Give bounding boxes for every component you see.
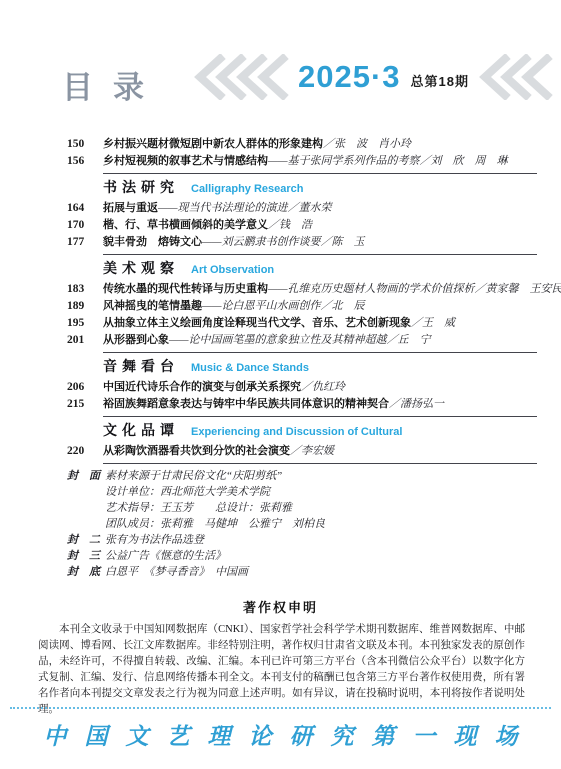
toc-entry: 183 传统水墨的现代性转译与历史重构——孔维克历史题材人物画的学术价值探析／黄… (67, 281, 537, 297)
cover-note-row: 团队成员：张莉雅 马健坤 公雅宁 刘柏良 (67, 517, 537, 532)
entry-authors: ／丘 宁 (387, 334, 431, 346)
toc-entry: 170 楷、行、草书横画倾斜的美学意义／钱 浩 (67, 217, 537, 233)
entry-title-main: 裕固族舞蹈意象表达与铸牢中华民族共同体意识的精神契合 (103, 398, 389, 410)
cover-text: 白恩平 《梦寻香音》 中国画 (105, 565, 537, 580)
entry-authors: ／潘扬弘一 (389, 398, 444, 410)
cover-label (67, 501, 105, 516)
copyright-title: 著作权申明 (0, 597, 561, 616)
page-number: 201 (67, 332, 103, 348)
chevron-right-decoration-icon (477, 54, 557, 100)
section-title-en: Art Observation (191, 262, 274, 278)
entry-title: 风神摇曳的笔情墨趣——论白恩平山水画创作／北 辰 (103, 298, 537, 314)
page-number: 150 (67, 136, 103, 152)
cover-text: 公益广告《惬意的生活》 (105, 549, 537, 564)
entry-title-main: 从形器到心象 (103, 334, 169, 346)
page-title: 目录 (62, 62, 164, 107)
toc-entry: 206 中国近代诗乐合作的演变与创承关系探究／仇红玲 (67, 379, 537, 395)
copyright-body: 本刊全文收录于中国知网数据库（CNKI）、国家哲学社会科学学术期刊数据库、维普网… (38, 622, 525, 718)
entry-title-main: 从彩陶饮酒器看共饮到分饮的社会演变 (103, 445, 290, 457)
page-number: 220 (67, 443, 103, 459)
page-number: 177 (67, 234, 103, 250)
cover-note-row: 封 二 张有为书法作品选登 (67, 533, 537, 548)
page-number: 189 (67, 298, 103, 314)
entry-title-main: 貌丰骨劲 熔铸文心 (103, 236, 202, 248)
toc-entry: 195 从抽象立体主义绘画角度诠释现当代文学、音乐、艺术创新现象／王 威 (67, 315, 537, 331)
cover-label (67, 517, 105, 532)
cover-note-row: 设计单位：西北师范大学美术学院 (67, 485, 537, 500)
entry-authors: ／陈 玉 (321, 236, 365, 248)
entry-subtitle: ——论白恩平山水画创作 (202, 300, 321, 312)
section-header-culture: 文化品谭 Experiencing and Discussion of Cult… (103, 422, 537, 440)
entry-title: 从彩陶饮酒器看共饮到分饮的社会演变／李宏媛 (103, 443, 537, 459)
cover-text: 艺术指导：王玉芳 总设计：张莉雅 (105, 501, 537, 516)
page-number: 164 (67, 200, 103, 216)
entry-title: 从抽象立体主义绘画角度诠释现当代文学、音乐、艺术创新现象／王 威 (103, 315, 537, 331)
section-header-calligraphy: 书法研究 Calligraphy Research (103, 179, 537, 197)
entry-title: 中国近代诗乐合作的演变与创承关系探究／仇红玲 (103, 379, 537, 395)
entry-authors: ／北 辰 (321, 300, 365, 312)
page-number: 170 (67, 217, 103, 233)
section-header-art: 美术观察 Art Observation (103, 260, 537, 278)
entry-subtitle: ——基于张同学系列作品的考察 (268, 155, 420, 167)
section-divider (103, 416, 537, 417)
entry-title: 裕固族舞蹈意象表达与铸牢中华民族共同体意识的精神契合／潘扬弘一 (103, 396, 537, 412)
toc-entry: 156 乡村短视频的叙事艺术与情感结构——基于张同学系列作品的考察／刘 欣 周 … (67, 153, 537, 169)
cover-label (67, 485, 105, 500)
issue-label: 总第18期 (411, 71, 469, 90)
entry-authors: ／张 波 肖小玲 (323, 138, 411, 150)
section-title-cn: 文化品谭 (103, 422, 179, 438)
cover-text: 设计单位：西北师范大学美术学院 (105, 485, 537, 500)
entry-authors: ／李宏媛 (290, 445, 334, 457)
entry-authors: ／钱 浩 (268, 219, 312, 231)
chevron-left-decoration-icon (192, 54, 292, 100)
entry-authors: ／王 威 (411, 317, 455, 329)
entry-subtitle: ——刘云鹏隶书创作谈要 (202, 236, 321, 248)
issue-banner: 2025·3 总第18期 (192, 52, 557, 102)
entry-title-main: 乡村振兴题材微短剧中新农人群体的形象建构 (103, 138, 323, 150)
cover-note-row: 封 三 公益广告《惬意的生活》 (67, 549, 537, 564)
entry-subtitle: ——论中国画笔墨的意象独立性及其精神超越 (169, 334, 387, 346)
toc-entry: 177 貌丰骨劲 熔铸文心——刘云鹏隶书创作谈要／陈 玉 (67, 234, 537, 250)
entry-title: 乡村短视频的叙事艺术与情感结构——基于张同学系列作品的考察／刘 欣 周 琳 (103, 153, 537, 169)
cover-label: 封 二 (67, 533, 105, 548)
page-number: 206 (67, 379, 103, 395)
entry-title: 貌丰骨劲 熔铸文心——刘云鹏隶书创作谈要／陈 玉 (103, 234, 537, 250)
toc-entry: 201 从形器到心象——论中国画笔墨的意象独立性及其精神超越／丘 宁 (67, 332, 537, 348)
section-title-cn: 美术观察 (103, 260, 179, 276)
toc-page: 目录 2025·3 总第18期 150 乡村振兴题材微短剧中新农人群体的形象建构… (0, 0, 561, 769)
section-divider (103, 173, 537, 174)
section-divider (103, 352, 537, 353)
section-header-music-dance: 音舞看台 Music & Dance Stands (103, 358, 537, 376)
toc-entry: 220 从彩陶饮酒器看共饮到分饮的社会演变／李宏媛 (67, 443, 537, 459)
cover-label: 封 底 (67, 565, 105, 580)
entry-title: 乡村振兴题材微短剧中新农人群体的形象建构／张 波 肖小玲 (103, 136, 537, 152)
journal-slogan: 中国文艺理论研究第一现场 (0, 718, 561, 751)
cover-text: 素材来源于甘肃民俗文化“庆阳剪纸” (105, 469, 537, 484)
toc-entry: 215 裕固族舞蹈意象表达与铸牢中华民族共同体意识的精神契合／潘扬弘一 (67, 396, 537, 412)
section-divider (103, 254, 537, 255)
toc-entry: 150 乡村振兴题材微短剧中新农人群体的形象建构／张 波 肖小玲 (67, 136, 537, 152)
page-number: 195 (67, 315, 103, 331)
cover-text: 团队成员：张莉雅 马健坤 公雅宁 刘柏良 (105, 517, 537, 532)
entry-title-main: 风神摇曳的笔情墨趣 (103, 300, 202, 312)
cover-note-row: 封 面 素材来源于甘肃民俗文化“庆阳剪纸” (67, 469, 537, 484)
entry-authors: ／仇红玲 (301, 381, 345, 393)
entry-title: 拓展与重返——现当代书法理论的演进／董水荣 (103, 200, 537, 216)
entry-authors: ／刘 欣 周 琳 (420, 155, 508, 167)
cover-note-row: 封 底 白恩平 《梦寻香音》 中国画 (67, 565, 537, 580)
cover-label: 封 三 (67, 549, 105, 564)
entry-title: 楷、行、草书横画倾斜的美学意义／钱 浩 (103, 217, 537, 233)
entry-title-main: 中国近代诗乐合作的演变与创承关系探究 (103, 381, 301, 393)
section-title-en: Calligraphy Research (191, 181, 304, 197)
toc-entry: 164 拓展与重返——现当代书法理论的演进／董水荣 (67, 200, 537, 216)
entry-authors: ／董水荣 (288, 202, 332, 214)
entry-title-main: 拓展与重返 (103, 202, 158, 214)
entry-title-main: 楷、行、草书横画倾斜的美学意义 (103, 219, 268, 231)
entry-title-main: 传统水墨的现代性转译与历史重构 (103, 283, 268, 295)
entry-title-main: 从抽象立体主义绘画角度诠释现当代文学、音乐、艺术创新现象 (103, 317, 411, 329)
toc-list: 150 乡村振兴题材微短剧中新农人群体的形象建构／张 波 肖小玲 156 乡村短… (67, 136, 537, 581)
toc-entry: 189 风神摇曳的笔情墨趣——论白恩平山水画创作／北 辰 (67, 298, 537, 314)
section-divider (103, 463, 537, 464)
entry-title: 从形器到心象——论中国画笔墨的意象独立性及其精神超越／丘 宁 (103, 332, 537, 348)
cover-label: 封 面 (67, 469, 105, 484)
entry-title-main: 乡村短视频的叙事艺术与情感结构 (103, 155, 268, 167)
page-number: 156 (67, 153, 103, 169)
page-number: 183 (67, 281, 103, 297)
dotted-divider (10, 707, 551, 709)
section-title-cn: 书法研究 (103, 179, 179, 195)
entry-authors: ／黄家馨 王安民 (475, 283, 561, 295)
page-number: 215 (67, 396, 103, 412)
issue-number: 2025·3 (298, 54, 401, 100)
copyright-block: 著作权申明 本刊全文收录于中国知网数据库（CNKI）、国家哲学社会科学学术期刊数… (0, 597, 561, 718)
cover-text: 张有为书法作品选登 (105, 533, 537, 548)
entry-subtitle: ——孔维克历史题材人物画的学术价值探析 (268, 283, 475, 295)
cover-notes: 封 面 素材来源于甘肃民俗文化“庆阳剪纸” 设计单位：西北师范大学美术学院 艺术… (67, 469, 537, 580)
cover-note-row: 艺术指导：王玉芳 总设计：张莉雅 (67, 501, 537, 516)
entry-title: 传统水墨的现代性转译与历史重构——孔维克历史题材人物画的学术价值探析／黄家馨 王… (103, 281, 561, 297)
entry-subtitle: ——现当代书法理论的演进 (158, 202, 288, 214)
section-title-en: Experiencing and Discussion of Cultural (191, 424, 402, 440)
section-title-cn: 音舞看台 (103, 358, 179, 374)
section-title-en: Music & Dance Stands (191, 360, 309, 376)
